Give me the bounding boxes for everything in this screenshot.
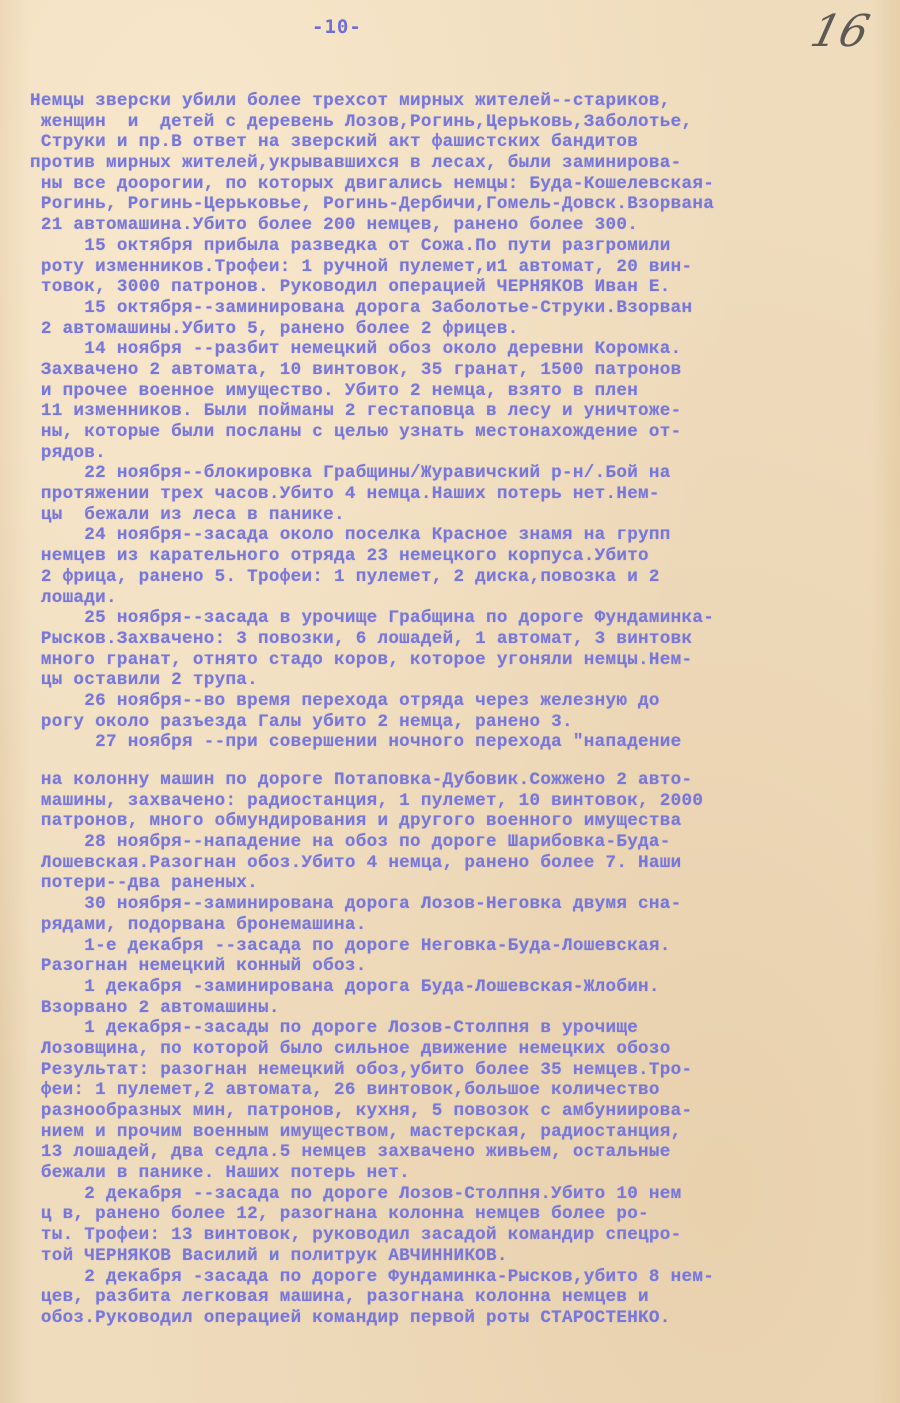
text-line: 30 ноября--заминирована дорога Лозов-Нег… <box>30 894 900 915</box>
text-line: Лозовщина, по которой было сильное движе… <box>30 1039 900 1060</box>
text-line: 1 декабря -заминирована дорога Буда-Лоше… <box>30 977 900 998</box>
text-line: ты. Трофеи: 13 винтовок, руководил засад… <box>30 1225 900 1246</box>
text-line: той ЧЕРНЯКОВ Василий и политрук АВЧИННИК… <box>30 1246 900 1267</box>
text-line: Струки и пр.В ответ на зверский акт фаши… <box>30 132 900 153</box>
document-page: -10- 16 Немцы зверски убили более трехсо… <box>0 0 900 1403</box>
text-line: 1-е декабря --засада по дороге Неговка-Б… <box>30 936 900 957</box>
text-line: и прочее военное имущество. Убито 2 немц… <box>30 381 900 402</box>
text-line: цев, разбита легковая машина, разогнана … <box>30 1287 900 1308</box>
text-line: 2 фрица, ранено 5. Трофеи: 1 пулемет, 2 … <box>30 567 900 588</box>
text-line: женщин и детей с деревень Лозов,Рогинь,Ц… <box>30 112 900 133</box>
text-line: Лошевская.Разогнан обоз.Убито 4 немца, р… <box>30 853 900 874</box>
text-line: 1 декабря--засады по дороге Лозов-Столпн… <box>30 1018 900 1039</box>
text-line: 28 ноября--нападение на обоз по дороге Ш… <box>30 832 900 853</box>
text-line: лошади. <box>30 588 900 609</box>
text-line: нием и прочим военным имуществом, мастер… <box>30 1122 900 1143</box>
text-line: товок, 3000 патронов. Руководил операцие… <box>30 277 900 298</box>
text-line: Рысков.Захвачено: 3 повозки, 6 лошадей, … <box>30 629 900 650</box>
text-line: 2 декабря --засада по дороге Лозов-Столп… <box>30 1184 900 1205</box>
text-line: 15 октября прибыла разведка от Сожа.По п… <box>30 236 900 257</box>
text-line: 21 автомашина.Убито более 200 немцев, ра… <box>30 215 900 236</box>
text-line: против мирных жителей,укрывавшихся в лес… <box>30 153 900 174</box>
text-line: Немцы зверски убили более трехсот мирных… <box>30 91 900 112</box>
text-line: рогу около разъезда Галы убито 2 немца, … <box>30 712 900 733</box>
text-line: на колонну машин по дороге Потаповка-Дуб… <box>30 770 900 791</box>
text-line: Захвачено 2 автомата, 10 винтовок, 35 гр… <box>30 360 900 381</box>
text-line: ны, которые были посланы с целью узнать … <box>30 422 900 443</box>
text-line: 2 автомашины.Убито 5, ранено более 2 фри… <box>30 319 900 340</box>
text-line: 11 изменников. Были пойманы 2 гестаповца… <box>30 401 900 422</box>
text-line: 14 ноября --разбит немецкий обоз около д… <box>30 339 900 360</box>
text-line: бежали в панике. Наших потерь нет. <box>30 1163 900 1184</box>
text-line: потери--два раненых. <box>30 873 900 894</box>
text-line: 2 декабря -засада по дороге Фундаминка-Р… <box>30 1267 900 1288</box>
text-line: протяжении трех часов.Убито 4 немца.Наши… <box>30 484 900 505</box>
text-line: Разогнан немецкий конный обоз. <box>30 956 900 977</box>
text-line: разнообразных мин, патронов, кухня, 5 по… <box>30 1101 900 1122</box>
text-line: 26 ноября--во время перехода отряда чере… <box>30 691 900 712</box>
text-line: 27 ноября --при совершении ночного перех… <box>30 732 900 753</box>
text-line: немцев из карательного отряда 23 немецко… <box>30 546 900 567</box>
text-line: Рогинь, Рогинь-Церьковье, Рогинь-Дербичи… <box>30 194 900 215</box>
text-line: 22 ноября--блокировка Грабщины/Журавичск… <box>30 463 900 484</box>
archive-sheet-number: 16 <box>806 6 875 57</box>
text-line: 24 ноября--засада около поселка Красное … <box>30 525 900 546</box>
text-line: Результат: разогнан немецкий обоз,убито … <box>30 1060 900 1081</box>
text-line: 13 лошадей, два седла.5 немцев захвачено… <box>30 1142 900 1163</box>
text-line: цы бежали из леса в панике. <box>30 505 900 526</box>
text-line: рядами, подорвана бронемашина. <box>30 915 900 936</box>
text-line: феи: 1 пулемет,2 автомата, 26 винтовок,б… <box>30 1080 900 1101</box>
typewritten-report-body: Немцы зверски убили более трехсот мирных… <box>30 91 900 1329</box>
text-line: обоз.Руководил операцией командир первой… <box>30 1308 900 1329</box>
text-line: цы оставили 2 трупа. <box>30 670 900 691</box>
text-line: ны все доорогии, по которых двигались не… <box>30 174 900 195</box>
text-line: ц в, ранено более 12, разогнана колонна … <box>30 1204 900 1225</box>
text-line: машины, захвачено: радиостанция, 1 пулем… <box>30 791 900 812</box>
page-number: -10- <box>312 16 362 38</box>
text-line: 25 ноября--засада в урочище Грабщина по … <box>30 608 900 629</box>
text-line: патронов, много обмундирования и другого… <box>30 811 900 832</box>
line-gap <box>30 753 900 770</box>
text-line: много гранат, отнято стадо коров, которо… <box>30 650 900 671</box>
text-line: 15 октября--заминирована дорога Заболоть… <box>30 298 900 319</box>
text-line: рядов. <box>30 443 900 464</box>
text-line: роту изменников.Трофеи: 1 ручной пулемет… <box>30 257 900 278</box>
text-line: Взорвано 2 автомашины. <box>30 998 900 1019</box>
